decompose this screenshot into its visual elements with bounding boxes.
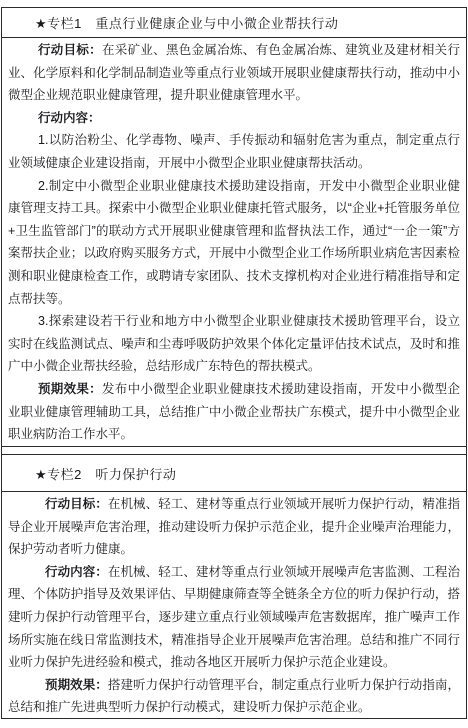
column1-title-row: ★专栏1 重点行业健康企业与中小微企业帮扶行动 — [2, 8, 466, 37]
expected-result-label: 预期效果： — [45, 678, 108, 692]
column1-action-content-paragraph: 行动内容： — [8, 107, 460, 130]
column2-title: ★专栏2 听力保护行动 — [35, 464, 176, 483]
action-goal-label: 行动目标： — [45, 497, 108, 511]
column1-action-goal-paragraph: 行动目标：在采矿业、黑色金属冶炼、有色金属冶炼、建筑业及建材相关行业、化学原料和… — [8, 39, 460, 107]
column1-item-3-paragraph: 3.探索建设若干行业和地方中小微型企业职业健康技术援助管理平台，设立实时在线监测… — [8, 310, 460, 378]
table-spacer-row — [2, 446, 466, 454]
column2-expected-result-paragraph: 预期效果：搭建听力保护行动管理平台，制定重点行业听力保护行动指南，总结和推广先进… — [8, 674, 460, 718]
action-goal-label: 行动目标： — [38, 43, 102, 57]
column2-action-content-paragraph: 行动内容：在机械、轻工、建材等重点行业领域开展噪声危害监测、工程治理、个体防护指… — [8, 561, 460, 674]
expected-result-label: 预期效果： — [38, 382, 102, 396]
action-content-text: 在机械、轻工、建材等重点行业领域开展噪声危害监测、工程治理、个体防护指导及效果评… — [8, 565, 460, 669]
action-content-label: 行动内容： — [45, 565, 108, 579]
item-1-text: 1.以防治粉尘、化学毒物、噪声、手传振动和辐射危害为重点，制定重点行业领域健康企… — [8, 133, 460, 170]
item-3-text: 3.探索建设若干行业和地方中小微型企业职业健康技术援助管理平台，设立实时在线监测… — [8, 314, 460, 373]
policy-columns-table: ★专栏1 重点行业健康企业与中小微企业帮扶行动 行动目标：在采矿业、黑色金属冶炼… — [1, 7, 467, 719]
column1-expected-result-paragraph: 预期效果：发布中小微型企业职业健康技术援助建设指南，开发中小微型企业职业健康管理… — [8, 378, 460, 446]
column2-title-row: ★专栏2 听力保护行动 — [2, 454, 466, 491]
column1-item-2-paragraph: 2.制定中小微型企业职业健康技术援助建设指南，开发中小微型企业职业健康管理支持工… — [8, 175, 460, 311]
column1-title: ★专栏1 重点行业健康企业与中小微企业帮扶行动 — [35, 13, 338, 32]
column2-body-cell: 行动目标：在机械、轻工、建材等重点行业领域开展听力保护行动，精准指导企业开展噪声… — [2, 491, 466, 718]
document: ★专栏1 重点行业健康企业与中小微企业帮扶行动 行动目标：在采矿业、黑色金属冶炼… — [0, 0, 468, 719]
column1-item-1-paragraph: 1.以防治粉尘、化学毒物、噪声、手传振动和辐射危害为重点，制定重点行业领域健康企… — [8, 129, 460, 174]
action-content-label: 行动内容： — [38, 111, 101, 125]
item-2-text: 2.制定中小微型企业职业健康技术援助建设指南，开发中小微型企业职业健康管理支持工… — [8, 179, 460, 306]
column2-action-goal-paragraph: 行动目标：在机械、轻工、建材等重点行业领域开展听力保护行动，精准指导企业开展噪声… — [8, 493, 460, 561]
column1-body-cell: 行动目标：在采矿业、黑色金属冶炼、有色金属冶炼、建筑业及建材相关行业、化学原料和… — [2, 37, 466, 446]
